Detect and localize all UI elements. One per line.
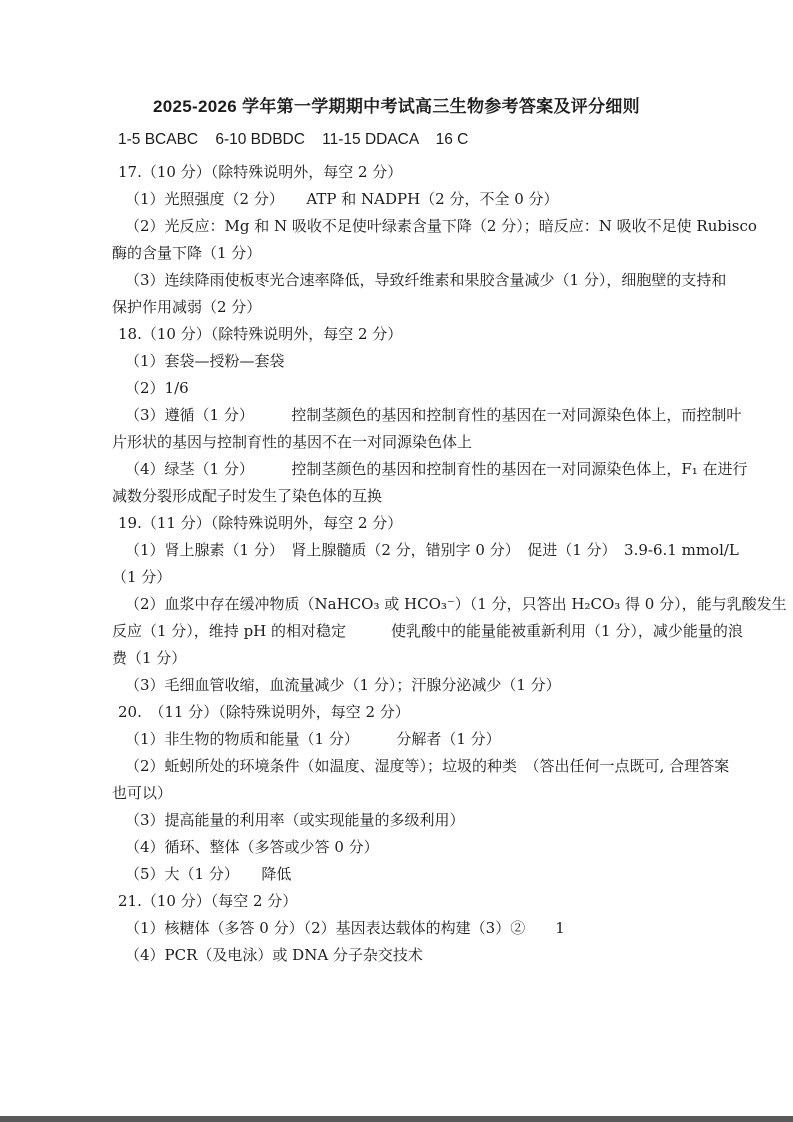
answer-line: 17.（10 分）（除特殊说明外，每空 2 分） bbox=[112, 158, 690, 185]
answer-lines: 17.（10 分）（除特殊说明外，每空 2 分）（1）光照强度（2 分） ATP… bbox=[112, 158, 690, 968]
answer-line: （2）光反应：Mg 和 N 吸收不足使叶绿素含量下降（2 分）；暗反应：N 吸收… bbox=[112, 212, 690, 239]
answer-line: （2）1/6 bbox=[112, 374, 690, 401]
answer-line: （2）蚯蚓所处的环境条件（如温度、湿度等）；垃圾的种类 （答出任何一点既可, 合… bbox=[112, 752, 690, 779]
answer-line: 片形状的基因与控制育性的基因不在一对同源染色体上 bbox=[112, 428, 690, 455]
answer-line: 酶的含量下降（1 分） bbox=[112, 239, 690, 266]
answer-line: （1）非生物的物质和能量（1 分） 分解者（1 分） bbox=[112, 725, 690, 752]
answer-line: （3）毛细血管收缩，血流量减少（1 分）；汗腺分泌减少（1 分） bbox=[112, 671, 690, 698]
answer-line: （4）绿茎（1 分） 控制茎颜色的基因和控制育性的基因在一对同源染色体上，F₁ … bbox=[112, 455, 690, 482]
answer-line: 18.（10 分）（除特殊说明外，每空 2 分） bbox=[112, 320, 690, 347]
page-title: 2025-2026 学年第一学期期中考试高三生物参考答案及评分细则 bbox=[0, 92, 793, 117]
answer-line: （1）套袋—授粉—套袋 bbox=[112, 347, 690, 374]
answer-line: 减数分裂形成配子时发生了染色体的互换 bbox=[112, 482, 690, 509]
answer-line: （2）血浆中存在缓冲物质（NaHCO₃ 或 HCO₃⁻）（1 分，只答出 H₂C… bbox=[112, 590, 690, 617]
answer-line: （1 分） bbox=[112, 563, 690, 590]
answer-line: （4）PCR（及电泳）或 DNA 分子杂交技术 bbox=[112, 941, 690, 968]
answer-line: 反应（1 分），维持 pH 的相对稳定 使乳酸中的能量能被重新利用（1 分），减… bbox=[112, 617, 690, 644]
answer-line: 保护作用减弱（2 分） bbox=[112, 293, 690, 320]
multiple-choice-answers: 1-5 BCABC 6-10 BDBDC 11-15 DDACA 16 C bbox=[118, 131, 468, 149]
answer-line: 20. （11 分）（除特殊说明外，每空 2 分） bbox=[112, 698, 690, 725]
answer-line: （3）提高能量的利用率（或实现能量的多级利用） bbox=[112, 806, 690, 833]
answer-line: （3）遵循（1 分） 控制茎颜色的基因和控制育性的基因在一对同源染色体上，而控制… bbox=[112, 401, 690, 428]
answer-line: 19.（11 分）（除特殊说明外，每空 2 分） bbox=[112, 509, 690, 536]
answer-line: （4）循环、整体（多答或少答 0 分） bbox=[112, 833, 690, 860]
answer-line: （3）连续降雨使板枣光合速率降低，导致纤维素和果胶含量减少（1 分），细胞壁的支… bbox=[112, 266, 690, 293]
answer-line: 也可以） bbox=[112, 779, 690, 806]
answer-line: （5）大（1 分） 降低 bbox=[112, 860, 690, 887]
page-bottom-edge bbox=[0, 1116, 793, 1122]
answer-line: （1）核糖体（多答 0 分）（2）基因表达载体的构建（3）② 1 bbox=[112, 914, 690, 941]
answer-line: 费（1 分） bbox=[112, 644, 690, 671]
answer-line: （1）肾上腺素（1 分） 肾上腺髓质（2 分，错别字 0 分） 促进（1 分） … bbox=[112, 536, 690, 563]
answer-line: 21.（10 分）（每空 2 分） bbox=[112, 887, 690, 914]
document-page: { "document": { "title": "2025-2026 学年第一… bbox=[0, 0, 793, 1122]
answer-line: （1）光照强度（2 分） ATP 和 NADPH（2 分，不全 0 分） bbox=[112, 185, 690, 212]
